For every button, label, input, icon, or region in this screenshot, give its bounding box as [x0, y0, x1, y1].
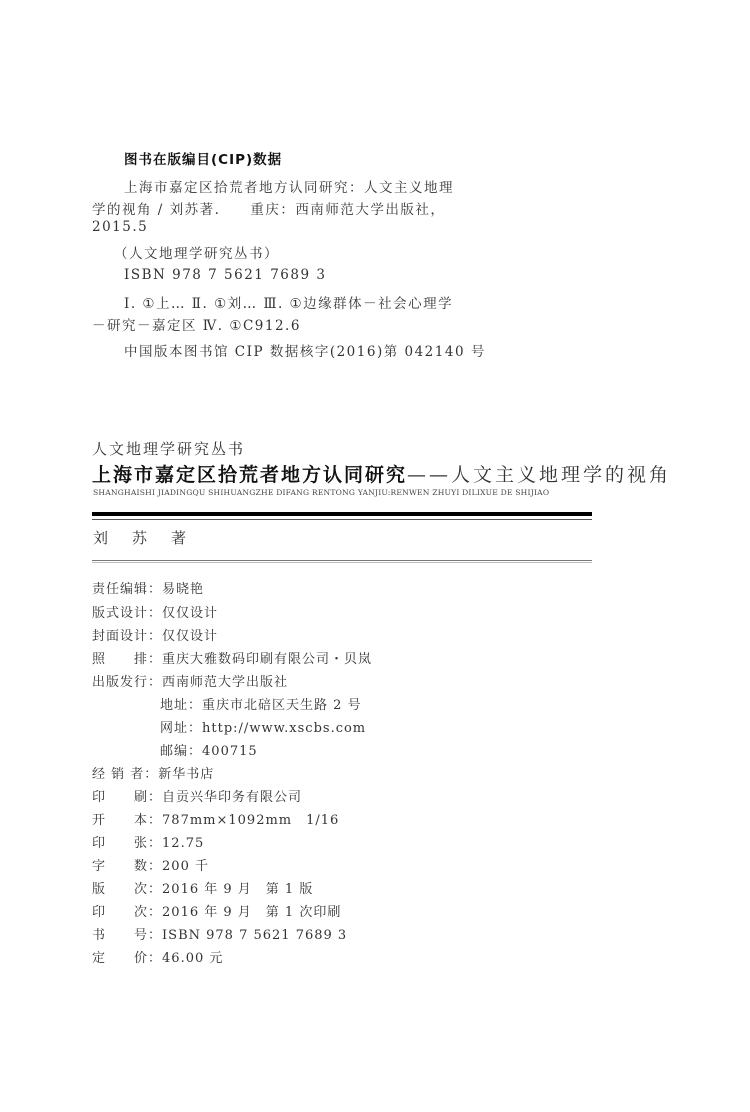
cip-line: （人文地理学研究丛书）: [114, 242, 279, 262]
double-rule-top: [92, 560, 592, 561]
title-main: 上海市嘉定区拾荒者地方认同研究: [92, 464, 407, 486]
cip-line: 上海市嘉定区拾荒者地方认同研究：人文主义地理: [124, 176, 454, 196]
credit-printer: 印 刷：自贡兴华印务有限公司: [92, 786, 302, 805]
thin-rule: [92, 519, 592, 520]
credit-address: 地址：重庆市北碚区天生路 2 号: [160, 694, 362, 713]
cip-line: Ⅰ. ①上… Ⅱ. ①刘… Ⅲ. ①边缘群体－社会心理学: [124, 292, 453, 312]
credit-editor: 责任编辑：易晓艳: [92, 578, 204, 597]
cip-line: －研究－嘉定区 Ⅳ. ①C912.6: [92, 314, 301, 334]
credit-typesetting: 照 排：重庆大雅数码印刷有限公司・贝岚: [92, 648, 372, 667]
thick-rule: [92, 512, 592, 516]
credit-word-count: 字 数：200 千: [92, 855, 209, 874]
cip-record-number: 中国版本图书馆 CIP 数据核字(2016)第 042140 号: [124, 340, 486, 360]
credit-postcode: 邮编：400715: [160, 740, 258, 759]
credit-cover: 封面设计：仅仅设计: [92, 625, 218, 644]
credit-publisher: 出版发行：西南师范大学出版社: [92, 671, 288, 690]
double-rule-bottom: [92, 562, 592, 563]
credit-edition: 版 次：2016 年 9 月 第 1 版: [92, 878, 313, 897]
credit-layout: 版式设计：仅仅设计: [92, 602, 218, 621]
author-line: 刘苏著: [93, 527, 210, 548]
author-role: 著: [171, 527, 186, 548]
cip-line: 学的视角 / 刘苏著. 重庆：西南师范大学出版社，: [92, 198, 445, 218]
series-name: 人文地理学研究丛书: [92, 438, 245, 459]
title-subtitle: 人文主义地理学的视角: [451, 464, 671, 486]
credit-website: 网址：http://www.xscbs.com: [160, 717, 366, 736]
cip-line: 2015.5: [92, 219, 148, 235]
cip-heading: 图书在版编目(CIP)数据: [124, 148, 282, 168]
cip-isbn: ISBN 978 7 5621 7689 3: [124, 267, 326, 283]
title-dash: ——: [407, 464, 451, 486]
credit-price: 定 价：46.00 元: [92, 947, 223, 966]
title-pinyin: SHANGHAISHI JIADINGQU SHIHUANGZHE DIFANG…: [93, 488, 549, 497]
author-char: 苏: [132, 527, 147, 548]
credit-isbn: 书 号：ISBN 978 7 5621 7689 3: [92, 924, 347, 943]
credit-sheets: 印 张：12.75: [92, 832, 204, 851]
credit-distributor: 经 销 者：新华书店: [92, 763, 214, 782]
book-title: 上海市嘉定区拾荒者地方认同研究——人文主义地理学的视角: [92, 460, 671, 487]
credit-format: 开 本：787mm×1092mm 1/16: [92, 809, 339, 828]
credit-printing: 印 次：2016 年 9 月 第 1 次印刷: [92, 901, 341, 920]
author-char: 刘: [93, 527, 108, 548]
